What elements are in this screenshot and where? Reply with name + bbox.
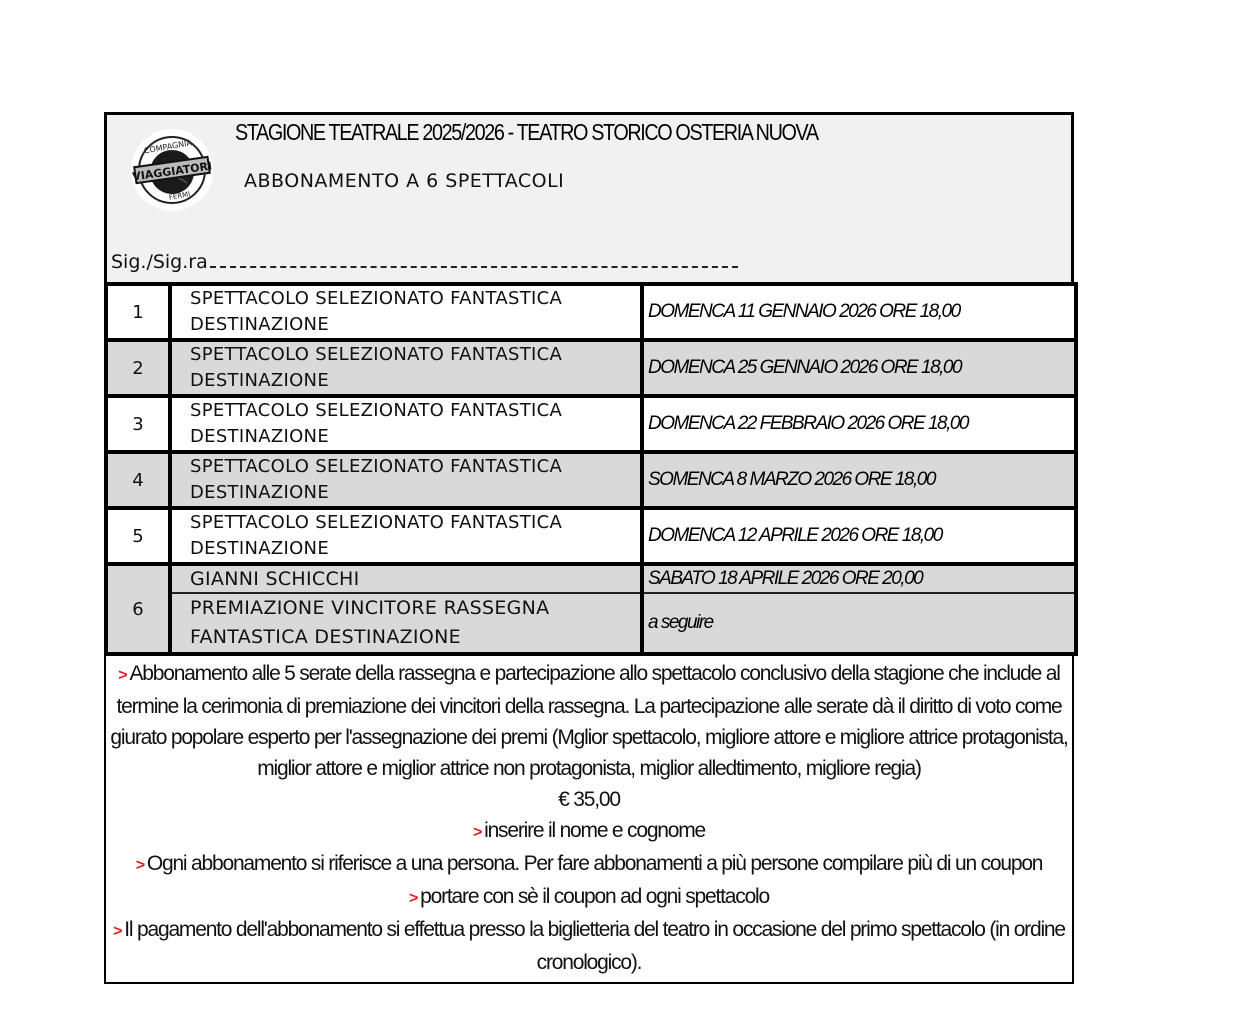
show-number: 3 — [106, 396, 170, 452]
instruction-item: >Il pagamento dell'abbonamento si effett… — [110, 914, 1068, 978]
show-date: DOMENCA 25 GENNAIO 2026 ORE 18,00 — [642, 340, 1076, 396]
show-title: SPETTACOLO SELEZIONATO FANTASTICA DESTIN… — [170, 508, 642, 564]
subscription-price: € 35,00 — [110, 784, 1068, 815]
show-title: SPETTACOLO SELEZIONATO FANTASTICA DESTIN… — [170, 284, 642, 340]
show-number: 1 — [106, 284, 170, 340]
award-ceremony-title: PREMIAZIONE VINCITORE RASSEGNA FANTASTIC… — [170, 593, 642, 654]
show-date: DOMENCA 12 APRILE 2026 ORE 18,00 — [642, 508, 1076, 564]
show-date: DOMENCA 11 GENNAIO 2026 ORE 18,00 — [642, 284, 1076, 340]
show-number: 5 — [106, 508, 170, 564]
company-logo: VIAGGIATORI COMPAGNIA FERMI — [131, 129, 213, 211]
table-row: 5 SPETTACOLO SELEZIONATO FANTASTICA DEST… — [106, 508, 1076, 564]
award-ceremony-time: a seguire — [642, 593, 1076, 654]
show-title: GIANNI SCHICCHI — [170, 564, 642, 593]
bullet-arrow-icon: > — [118, 667, 126, 684]
bullet-arrow-icon: > — [473, 824, 481, 841]
subscription-notes: >Abbonamento alle 5 serate della rassegn… — [104, 656, 1074, 984]
subscription-subtitle: ABBONAMENTO A 6 SPETTACOLI — [244, 170, 564, 192]
subscription-description: >Abbonamento alle 5 serate della rassegn… — [110, 658, 1068, 784]
table-row: PREMIAZIONE VINCITORE RASSEGNA FANTASTIC… — [106, 593, 1076, 654]
table-row: 2 SPETTACOLO SELEZIONATO FANTASTICA DEST… — [106, 340, 1076, 396]
name-field[interactable]: Sig./Sig.ra — [111, 251, 738, 273]
name-field-label: Sig./Sig.ra — [111, 251, 208, 273]
show-title: SPETTACOLO SELEZIONATO FANTASTICA DESTIN… — [170, 396, 642, 452]
show-title: SPETTACOLO SELEZIONATO FANTASTICA DESTIN… — [170, 340, 642, 396]
show-schedule-table: 1 SPETTACOLO SELEZIONATO FANTASTICA DEST… — [104, 282, 1078, 656]
show-number: 6 — [106, 564, 170, 654]
instruction-item: >Ogni abbonamento si riferisce a una per… — [110, 848, 1068, 881]
theatre-company-badge-icon: VIAGGIATORI COMPAGNIA FERMI — [131, 129, 213, 211]
show-date: SABATO 18 APRILE 2026 ORE 20,00 — [642, 564, 1076, 593]
table-row: 4 SPETTACOLO SELEZIONATO FANTASTICA DEST… — [106, 452, 1076, 508]
coupon-header: VIAGGIATORI COMPAGNIA FERMI STAGIONE TEA… — [104, 112, 1074, 282]
table-row: 1 SPETTACOLO SELEZIONATO FANTASTICA DEST… — [106, 284, 1076, 340]
show-date: DOMENCA 22 FEBBRAIO 2026 ORE 18,00 — [642, 396, 1076, 452]
show-number: 4 — [106, 452, 170, 508]
table-row: 6 GIANNI SCHICCHI SABATO 18 APRILE 2026 … — [106, 564, 1076, 593]
subscription-coupon: VIAGGIATORI COMPAGNIA FERMI STAGIONE TEA… — [104, 112, 1074, 984]
show-title: SPETTACOLO SELEZIONATO FANTASTICA DESTIN… — [170, 452, 642, 508]
bullet-arrow-icon: > — [409, 890, 417, 907]
table-row: 3 SPETTACOLO SELEZIONATO FANTASTICA DEST… — [106, 396, 1076, 452]
show-number: 2 — [106, 340, 170, 396]
instruction-item: >inserire il nome e cognome — [110, 815, 1068, 848]
season-title: STAGIONE TEATRALE 2025/2026 - TEATRO STO… — [235, 119, 818, 146]
instruction-item: >portare con sè il coupon ad ogni spetta… — [110, 881, 1068, 914]
bullet-arrow-icon: > — [136, 857, 144, 874]
show-date: SOMENCA 8 MARZO 2026 ORE 18,00 — [642, 452, 1076, 508]
bullet-arrow-icon: > — [113, 923, 121, 940]
name-field-line[interactable] — [210, 256, 738, 268]
